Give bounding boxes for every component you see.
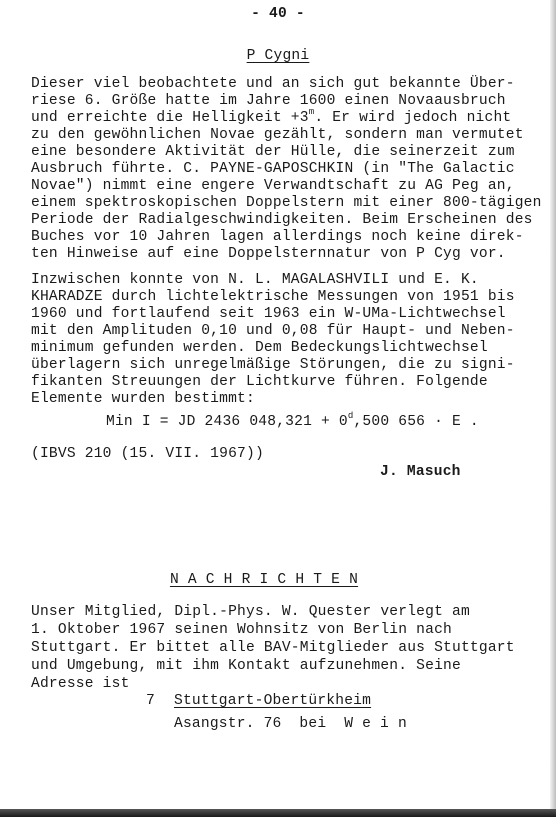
section-title-nachrichten: N A C H R I C H T E N — [0, 572, 542, 588]
text-line: einem spektroskopischen Doppelstern mit … — [31, 195, 542, 211]
article-title-p-cygni: P Cygni — [0, 48, 556, 64]
text-line: Adresse ist — [31, 676, 130, 692]
text-segment: . Er wird jedoch nicht — [314, 110, 511, 126]
address-city: Stuttgart-Obertürkheim — [174, 693, 371, 709]
address-postcode: 7 — [146, 693, 155, 709]
text-segment: und erreichte die Helligkeit +3 — [31, 110, 309, 126]
text-line: 1. Oktober 1967 seinen Wohnsitz von Berl… — [31, 622, 452, 638]
page-number: - 40 - — [0, 6, 556, 22]
ephemeris-formula: Min I = JD 2436 048,321 + 0d,500 656 · E… — [106, 414, 479, 430]
text-line: Inzwischen konnte von N. L. MAGALASHVILI… — [31, 272, 479, 288]
text-line: eine besondere Aktivität der Hülle, die … — [31, 144, 515, 160]
text-line: und Umgebung, mit ihm Kontakt aufzunehme… — [31, 658, 461, 674]
text-line: Novae") nimmt eine engere Verwandtschaft… — [31, 178, 515, 194]
text-line: riese 6. Größe hatte im Jahre 1600 einen… — [31, 93, 506, 109]
text-line: ten Hinweise auf eine Doppelsternnatur v… — [31, 246, 506, 262]
text-line: Stuttgart. Er bittet alle BAV-Mitglieder… — [31, 640, 515, 656]
text-line: überlagern sich unregelmäßige Störungen,… — [31, 357, 515, 373]
author-signature: J. Masuch — [380, 464, 461, 480]
text-line: Periode der Radialgeschwindigkeiten. Bei… — [31, 212, 533, 228]
scan-edge-right — [550, 0, 556, 817]
text-line: und erreichte die Helligkeit +3m. Er wir… — [31, 110, 511, 126]
text-line: Buches vor 10 Jahren lagen allerdings no… — [31, 229, 524, 245]
text-line: Dieser viel beobachtete und an sich gut … — [31, 76, 515, 92]
text-line: mit den Amplituden 0,10 und 0,08 für Hau… — [31, 323, 515, 339]
text-line: 1960 und fortlaufend seit 1963 ein W-UMa… — [31, 306, 506, 322]
text-line: zu den gewöhnlichen Novae gezählt, sonde… — [31, 127, 524, 143]
scan-edge-bottom — [0, 809, 556, 817]
formula-part: ,500 656 · E . — [353, 414, 478, 430]
text-line: minimum gefunden werden. Dem Bedeckungsl… — [31, 340, 488, 356]
text-line: Elemente wurden bestimmt: — [31, 391, 255, 407]
address-street: Asangstr. 76 bei W e i n — [174, 716, 407, 732]
text-line: fikanten Streuungen der Lichtkurve führe… — [31, 374, 488, 390]
text-line: Unser Mitglied, Dipl.-Phys. W. Quester v… — [31, 604, 470, 620]
text-line: Ausbruch führte. C. PAYNE-GAPOSCHKIN (in… — [31, 161, 515, 177]
text-line: KHARADZE durch lichtelektrische Messunge… — [31, 289, 515, 305]
formula-part: Min I = JD 2436 048,321 + 0 — [106, 414, 348, 430]
reference-citation: (IBVS 210 (15. VII. 1967)) — [31, 446, 264, 462]
